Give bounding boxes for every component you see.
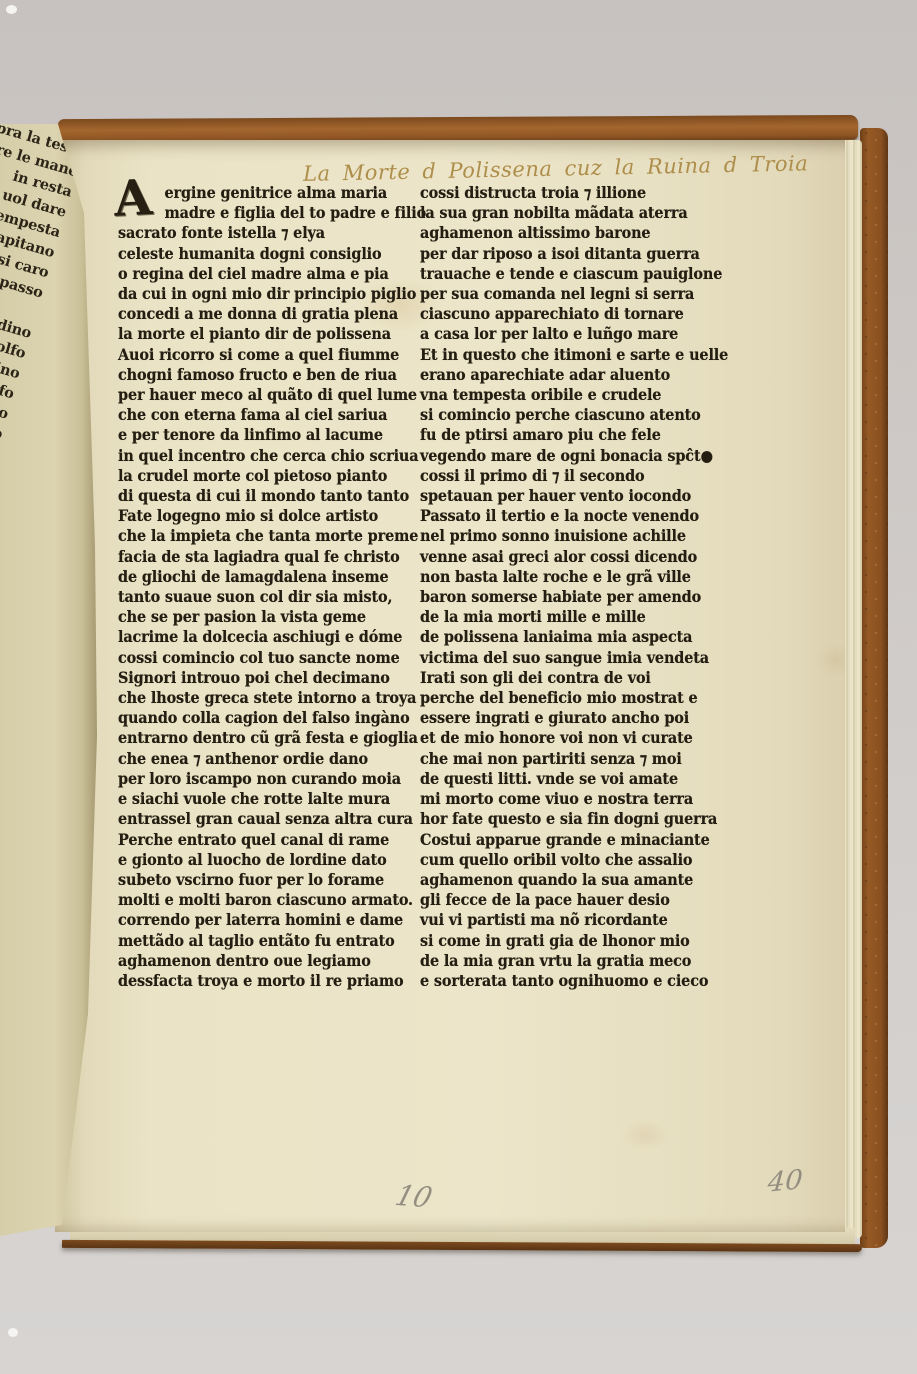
verse-line: entrassel gran caual senza altra cura (118, 809, 425, 829)
verse-line: Fate logegno mio si dolce artisto (118, 506, 425, 526)
verse-line: aghamenon dentro oue legiamo (118, 951, 425, 971)
verse-line: per sua comanda nel legni si serra (420, 284, 736, 304)
verse-line: chogni famoso fructo e ben de riua (118, 365, 425, 385)
leather-cover-right-edge (860, 128, 888, 1248)
verse-line: di questa di cui il mondo tanto tanto (118, 486, 425, 506)
verse-line: concedi a me donna di gratia plena (118, 304, 425, 324)
verse-line: baron somerse habiate per amendo (420, 587, 736, 607)
verse-line: si come in grati gia de lhonor mio (420, 931, 736, 951)
verse-line: per dar riposo a isoi ditanta guerra (420, 244, 736, 264)
verse-line: Passato il tertio e la nocte venendo (420, 506, 736, 526)
verse-line: aghamenon altissimo barone (420, 223, 736, 243)
verse-line: aghamenon quando la sua amante (420, 870, 736, 890)
verse-line: victima del suo sangue imia vendeta (420, 648, 736, 668)
verse-line: correndo per laterra homini e dame (118, 910, 425, 930)
verse-line: dessfacta troya e morto il re priamo (118, 971, 425, 991)
verse-line: trauache e tende e ciascum pauiglone (420, 264, 736, 284)
verse-line: ergine genitrice alma maria (165, 183, 425, 203)
photo-speck-top-left (6, 5, 17, 14)
verse-line: Auoi ricorro si come a quel fiumme (118, 345, 425, 365)
photo-speck-bottom-left (8, 1328, 18, 1337)
verse-line: gli fecce de la pace hauer desio (420, 890, 736, 910)
verse-line: de questi litti. vnde se voi amate (420, 769, 736, 789)
verse-line: cossi distructa troia ⁊ illione (420, 183, 736, 203)
verse-line: per hauer meco al quãto di quel lume (118, 385, 425, 405)
verse-line: che la impieta che tanta morte preme (118, 526, 425, 546)
verse-line: che con eterna fama al ciel sariua (118, 405, 425, 425)
verse-line: erano aparechiate adar aluento (420, 365, 736, 385)
verse-line: da cui in ogni mio dir principio piglio (118, 284, 425, 304)
verse-line: celeste humanita dogni consiglio (118, 244, 425, 264)
verse-line: e per tenore da linfimo al lacume (118, 425, 425, 445)
verse-line: si comincio perche ciascuno atento (420, 405, 736, 425)
verse-line: per loro iscampo non curando moia (118, 769, 425, 789)
verse-line: Signori introuo poi chel decimano (118, 668, 425, 688)
verse-line: molti e molti baron ciascuno armato. (118, 890, 425, 910)
pencil-number-right: 40 (767, 1164, 804, 1198)
verse-line: mettãdo al taglio entãto fu entrato (118, 931, 425, 951)
verse-line: Perche entrato quel canal di rame (118, 830, 425, 850)
verse-line: spetauan per hauer vento iocondo (420, 486, 736, 506)
verse-line: de la mia gran vrtu la gratia meco (420, 951, 736, 971)
verse-line: che se per pasion la vista geme (118, 607, 425, 627)
spine-fragment-text: sopra la testaenare le manein restae chi… (0, 124, 86, 1030)
verse-line: madre e figlia del to padre e filio (165, 203, 425, 223)
left-text-column: ergine genitrice alma mariamadre e figli… (118, 183, 425, 991)
verse-line: cossi il primo di ⁊ il secondo (420, 466, 736, 486)
verse-line: o regina del ciel madre alma e pia (118, 264, 425, 284)
verse-line: essere ingrati e giurato ancho poi (420, 708, 736, 728)
verse-line: la morte el pianto dir de polissena (118, 324, 425, 344)
verse-line: tanto suaue suon col dir sia misto, (118, 587, 425, 607)
verse-line: vegendo mare de ogni bonacia spĉt● (420, 446, 736, 466)
verse-line: de gliochi de lamagdalena inseme (118, 567, 425, 587)
verse-line: vui vi partisti ma nõ ricordante (420, 910, 736, 930)
verse-line: e sorterata tanto ognihuomo e cieco (420, 971, 736, 991)
verse-line: cossi comincio col tuo sancte nome (118, 648, 425, 668)
verse-line: quando colla cagion del falso ingàno (118, 708, 425, 728)
verse-line: venne asai greci alor cossi dicendo (420, 547, 736, 567)
verse-line: che lhoste greca stete intorno a troya (118, 688, 425, 708)
verse-line: Irati son gli dei contra de voi (420, 668, 736, 688)
verse-line: fu de ptirsi amaro piu che fele (420, 425, 736, 445)
verse-line: vna tempesta oribile e crudele (420, 385, 736, 405)
verse-line: la sua gran nobilta mãdata aterra (420, 203, 736, 223)
verse-line: mi morto come viuo e nostra terra (420, 789, 736, 809)
verse-line: de la mia morti mille e mille (420, 607, 736, 627)
verse-line: in quel incentro che cerca chio scriua (118, 446, 425, 466)
verse-line: nel primo sonno inuisione achille (420, 526, 736, 546)
verse-line: Costui apparue grande e minaciante (420, 830, 736, 850)
verse-line: che mai non partiriti senza ⁊ moi (420, 749, 736, 769)
verse-line: non basta lalte roche e le grã ville (420, 567, 736, 587)
verse-line: cum quello oribil volto che assalio (420, 850, 736, 870)
verse-line: subeto vscirno fuor per lo forame (118, 870, 425, 890)
page-edge-stack (843, 140, 862, 1238)
verse-line: Et in questo che itimoni e sarte e uelle (420, 345, 736, 365)
verse-line: che enea ⁊ anthenor ordie dano (118, 749, 425, 769)
verse-line: facia de sta lagiadra qual fe christo (118, 547, 425, 567)
verse-line: ciascuno apparechiato di tornare (420, 304, 736, 324)
verse-line: e siachi vuole che rotte lalte mura (118, 789, 425, 809)
verse-line: a casa lor per lalto e luñgo mare (420, 324, 736, 344)
right-text-column: cossi distructa troia ⁊ illionela sua gr… (420, 183, 736, 991)
verse-line: entrarno dentro cũ grã festa e gioglia (118, 728, 425, 748)
verse-line: de polissena laniaima mia aspecta (420, 627, 736, 647)
verse-line: sacrato fonte istella ⁊ elya (118, 223, 425, 243)
verse-line: e gionto al luocho de lordine dato (118, 850, 425, 870)
verse-line: et de mio honore voi non vi curate (420, 728, 736, 748)
verse-line: lacrime la dolcecia aschiugi e dóme (118, 627, 425, 647)
verse-line: hor fate questo e sia fin dogni guerra (420, 809, 736, 829)
verse-line: perche del beneficio mio mostrat e (420, 688, 736, 708)
verse-line: la crudel morte col pietoso pianto (118, 466, 425, 486)
